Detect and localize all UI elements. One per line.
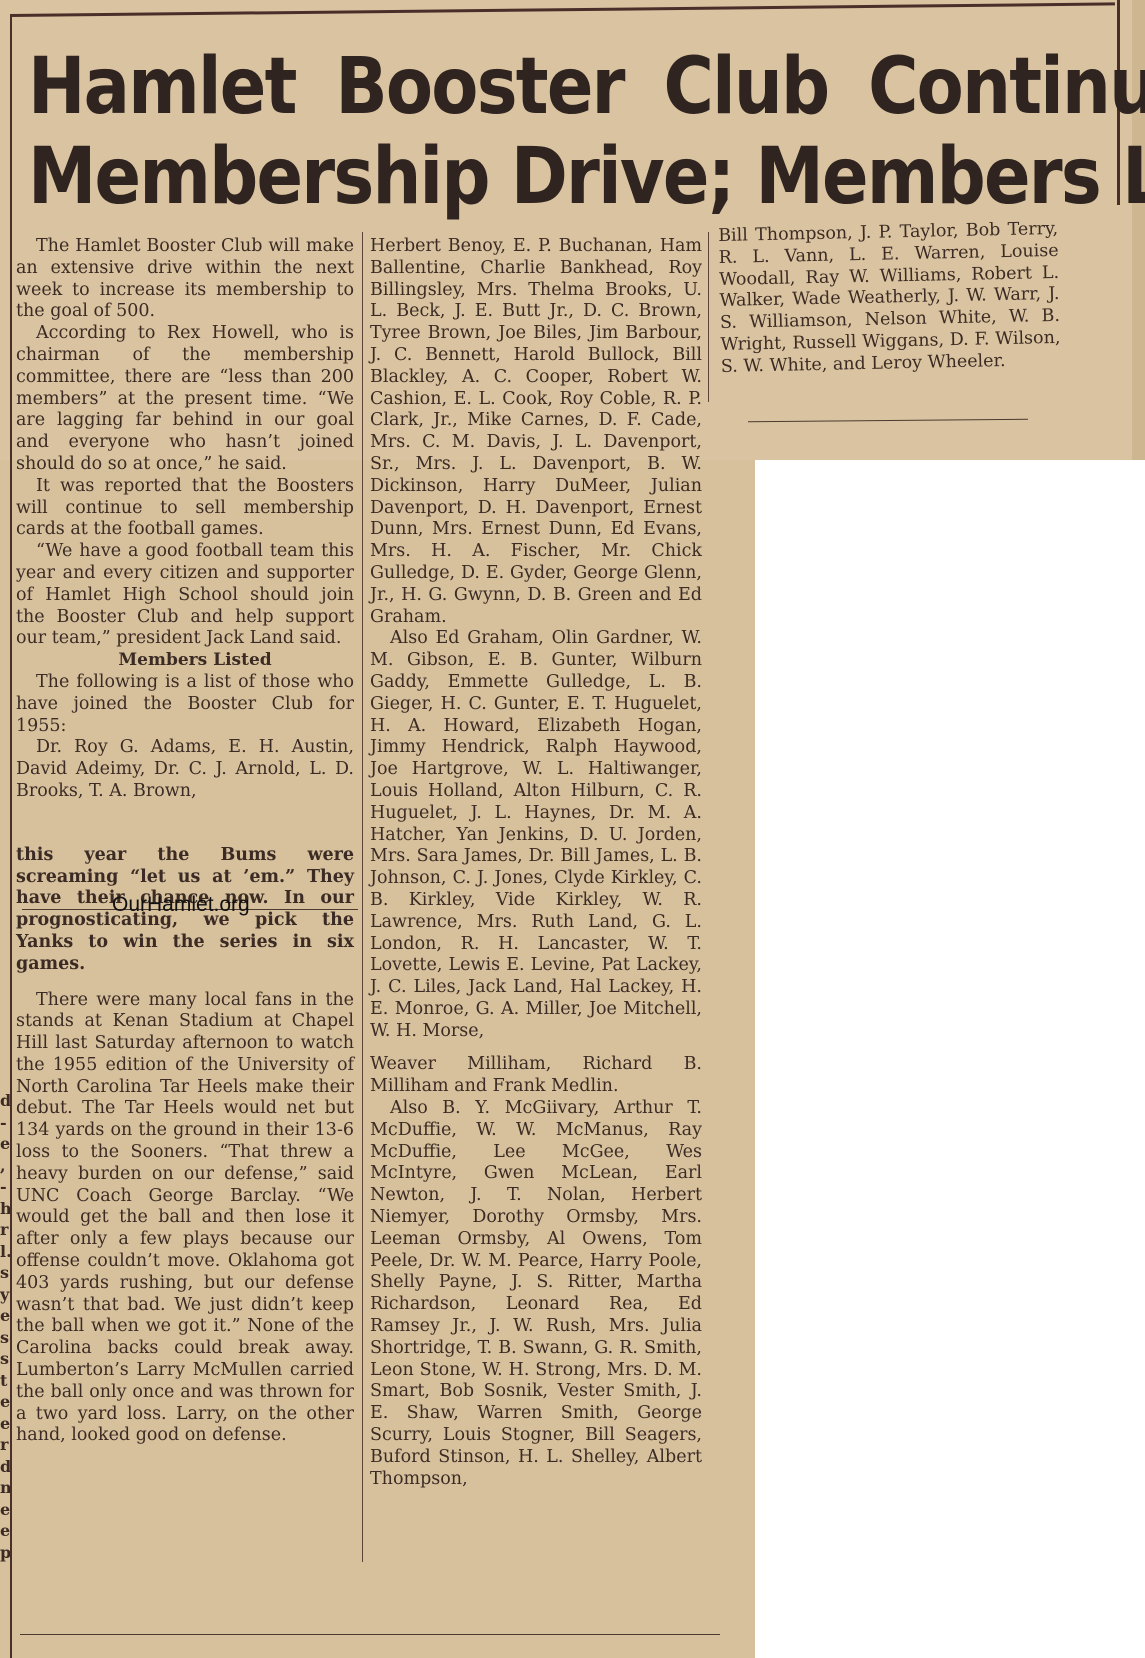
- members-list-block: Weaver Milliham, Richard B. Milliham and…: [370, 1054, 702, 1098]
- article-paragraph: The Hamlet Booster Club will make an ext…: [16, 236, 354, 323]
- members-list-start: Dr. Roy G. Adams, E. H. Austin, David Ad…: [16, 737, 354, 802]
- column-divider: [362, 232, 363, 1562]
- sliver-fragment: -: [0, 1176, 10, 1198]
- sliver-fragment: n: [0, 1477, 10, 1499]
- adjacent-column-sliver: d-e,-hrl.syes-steerdneep: [0, 1090, 10, 1563]
- article-paragraph: “We have a good football team this year …: [16, 541, 354, 650]
- sliver-fragment: ,: [0, 1155, 10, 1177]
- sliver-fragment: e: [0, 1499, 10, 1521]
- sliver-fragment: -: [0, 1112, 10, 1134]
- article-headline: Hamlet Booster Club Continues Membership…: [28, 40, 987, 224]
- sliver-fragment: e: [0, 1305, 10, 1327]
- sliver-fragment: l.: [0, 1241, 10, 1263]
- blank-background: [760, 460, 1145, 1658]
- sliver-fragment: e: [0, 1413, 10, 1435]
- headline-line-1: Hamlet Booster Club Continues: [28, 40, 987, 134]
- article-column-left: The Hamlet Booster Club will make an ext…: [16, 236, 354, 1447]
- watermark-ourhamlet: OurHamlet.org: [112, 893, 250, 917]
- sliver-fragment: r: [0, 1434, 10, 1456]
- sports-paragraph: There were many local fans in the stands…: [16, 990, 354, 1448]
- sliver-fragment: t: [0, 1370, 10, 1392]
- members-intro: The following is a list of those who hav…: [16, 672, 354, 737]
- sliver-fragment: h: [0, 1198, 10, 1220]
- sliver-fragment: e: [0, 1391, 10, 1413]
- column-divider: [708, 232, 709, 402]
- article-paragraph: It was reported that the Boosters will c…: [16, 476, 354, 541]
- sliver-fragment: d: [0, 1456, 10, 1478]
- members-list-block: Also B. Y. McGiivary, Arthur T. McDuffie…: [370, 1098, 702, 1490]
- sliver-fragment: d: [0, 1090, 10, 1112]
- members-list-end: Bill Thompson, J. P. Taylor, Bob Terry, …: [718, 219, 1061, 379]
- sliver-fragment: s: [0, 1262, 10, 1284]
- bottom-rule: [20, 1634, 720, 1635]
- sliver-fragment: p: [0, 1542, 10, 1564]
- sliver-fragment: y: [0, 1284, 10, 1306]
- headline-border-left: [10, 15, 12, 1658]
- subheading-members-listed: Members Listed: [16, 650, 354, 672]
- sliver-fragment: r: [0, 1219, 10, 1241]
- sliver-fragment: e: [0, 1520, 10, 1542]
- article-paragraph: According to Rex Howell, who is chairman…: [16, 323, 354, 476]
- sliver-fragment: e: [0, 1133, 10, 1155]
- article-column-middle: Herbert Benoy, E. P. Buchanan, Ham Balle…: [370, 236, 702, 1490]
- headline-line-2: Membership Drive; Members Listed: [28, 130, 987, 224]
- members-list-block: Herbert Benoy, E. P. Buchanan, Ham Balle…: [370, 236, 702, 628]
- article-column-right: Bill Thompson, J. P. Taylor, Bob Terry, …: [718, 219, 1061, 379]
- sliver-fragment: s-: [0, 1327, 10, 1349]
- members-list-block: Also Ed Graham, Olin Gardner, W. M. Gibs…: [370, 628, 702, 1042]
- sliver-fragment: s: [0, 1348, 10, 1370]
